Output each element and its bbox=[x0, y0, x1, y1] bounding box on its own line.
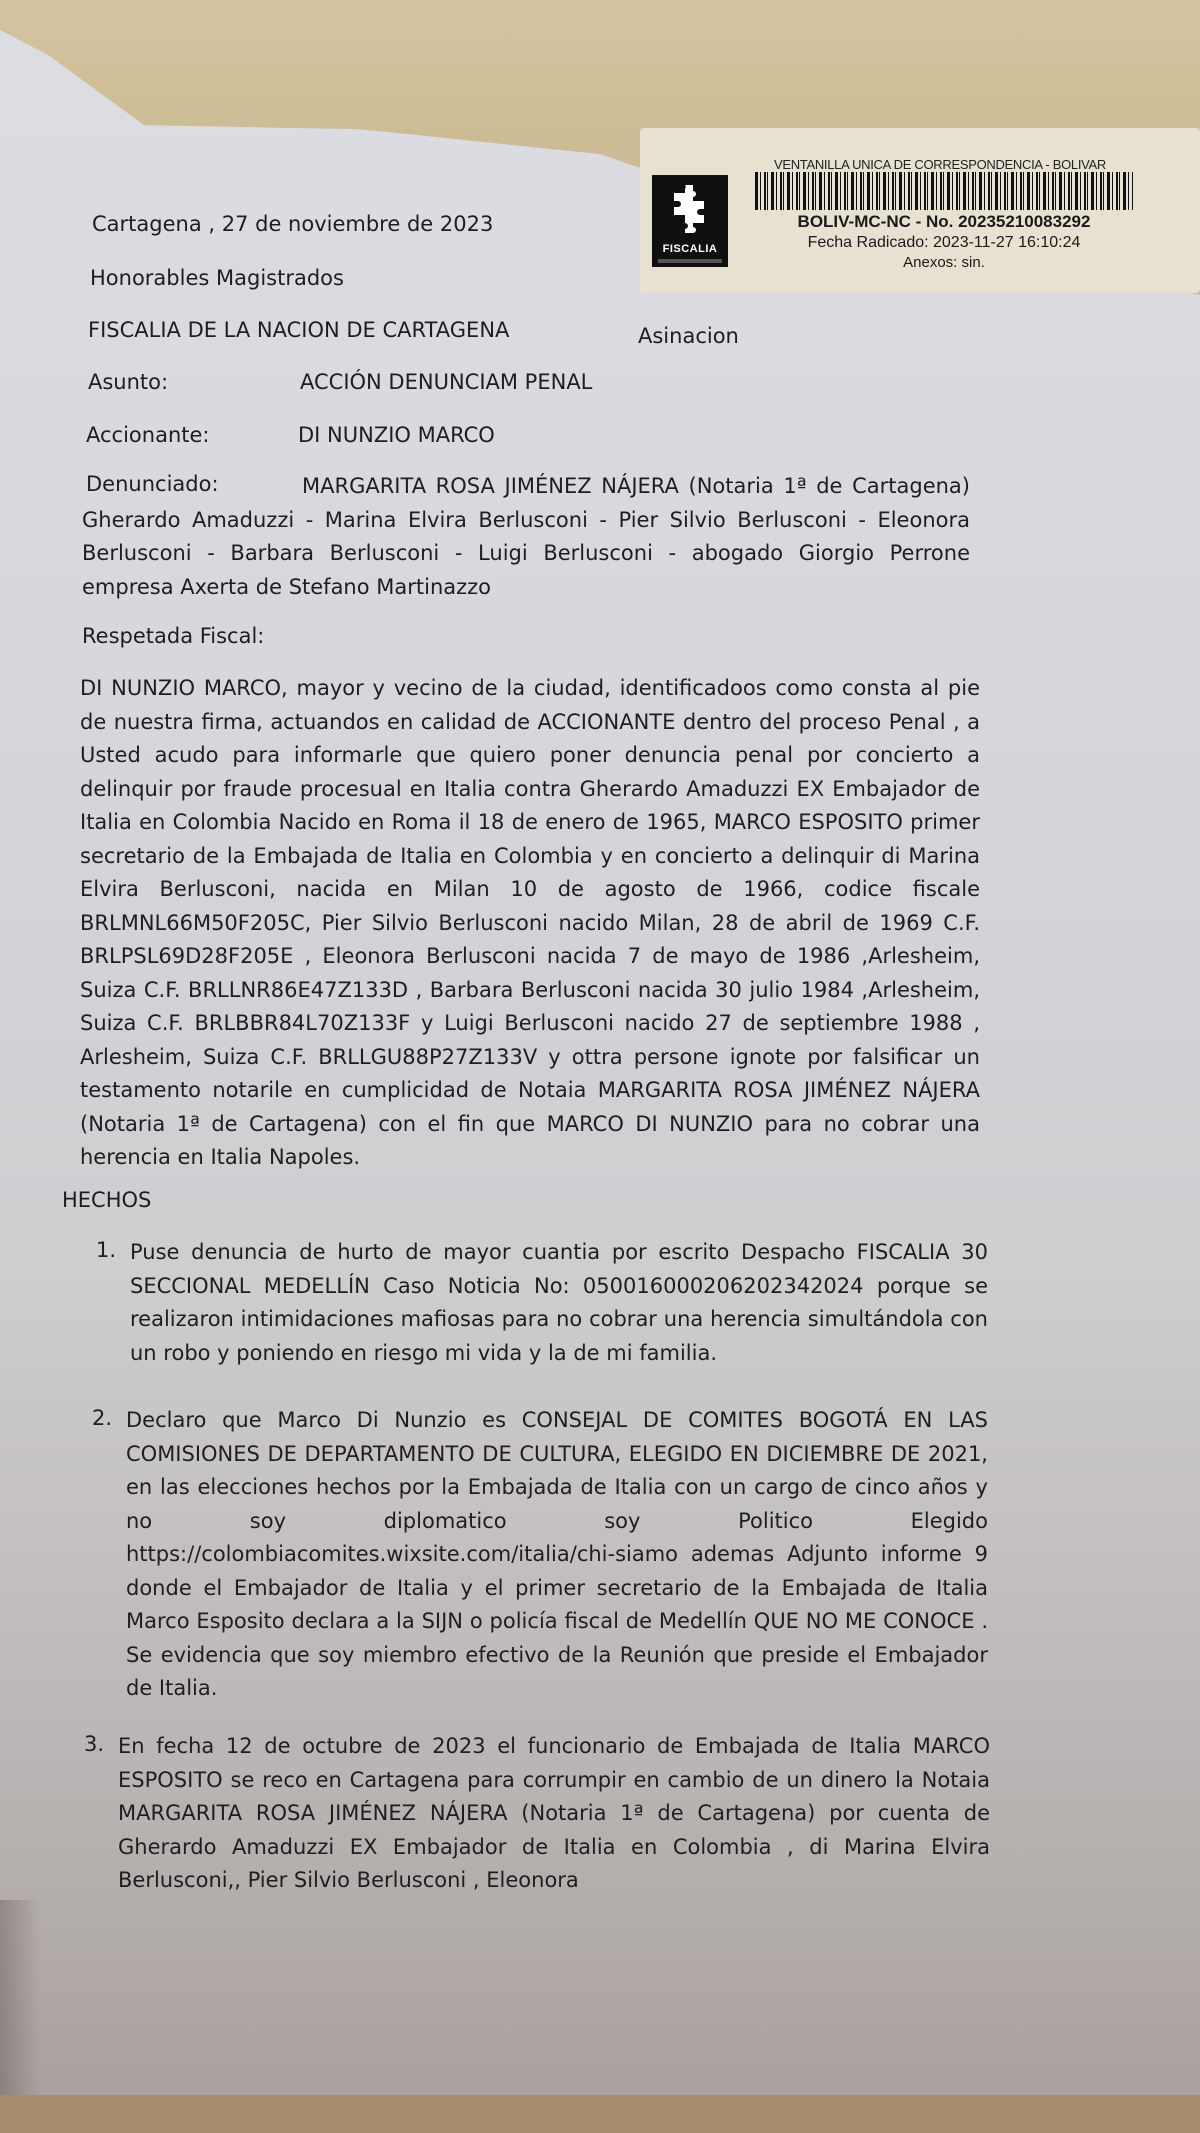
paper-shadow bbox=[0, 1900, 40, 2095]
place-date: Cartagena , 27 de noviembre de 2023 bbox=[92, 214, 493, 235]
accionante-value: DI NUNZIO MARCO bbox=[298, 425, 495, 446]
puzzle-piece-icon bbox=[674, 185, 704, 235]
hecho-number: 3. bbox=[84, 1734, 104, 1755]
barcode bbox=[755, 172, 1133, 210]
logo-text: FISCALIA bbox=[652, 243, 728, 255]
salutation-to: Honorables Magistrados bbox=[90, 268, 344, 289]
recipient: FISCALIA DE LA NACION DE CARTAGENA bbox=[88, 320, 509, 341]
hecho-1: Puse denuncia de hurto de mayor cuantia … bbox=[130, 1236, 988, 1370]
hecho-number: 1. bbox=[96, 1240, 116, 1261]
hecho-number: 2. bbox=[92, 1408, 112, 1429]
table-surface-bottom bbox=[0, 2095, 1200, 2133]
hechos-heading: HECHOS bbox=[62, 1190, 151, 1211]
fiscalia-logo: FISCALIA bbox=[652, 175, 728, 267]
fecha-radicado: Fecha Radicado: 2023-11-27 16:10:24 bbox=[755, 234, 1133, 252]
denunciado-value: MARGARITA ROSA JIMÉNEZ NÁJERA (Notaria 1… bbox=[82, 470, 970, 604]
hecho-3: En fecha 12 de octubre de 2023 el funcio… bbox=[118, 1730, 990, 1898]
recipient-note: Asinacion bbox=[638, 326, 739, 347]
stamp-office: VENTANILLA UNICA DE CORRESPONDENCIA - BO… bbox=[735, 157, 1145, 172]
accionante-label: Accionante: bbox=[86, 425, 210, 446]
radicado-number: BOLIV-MC-NC - No. 20235210083292 bbox=[755, 212, 1133, 232]
asunto-value: ACCIÓN DENUNCIAM PENAL bbox=[300, 372, 592, 393]
asunto-label: Asunto: bbox=[88, 372, 168, 393]
greeting: Respetada Fiscal: bbox=[82, 626, 264, 647]
logo-subtitle-bar bbox=[658, 259, 722, 263]
body-paragraph: DI NUNZIO MARCO, mayor y vecino de la ci… bbox=[80, 672, 980, 1175]
hecho-2: Declaro que Marco Di Nunzio es CONSEJAL … bbox=[126, 1404, 988, 1706]
table-surface-top bbox=[0, 0, 1200, 130]
anexos: Anexos: sin. bbox=[755, 254, 1133, 271]
